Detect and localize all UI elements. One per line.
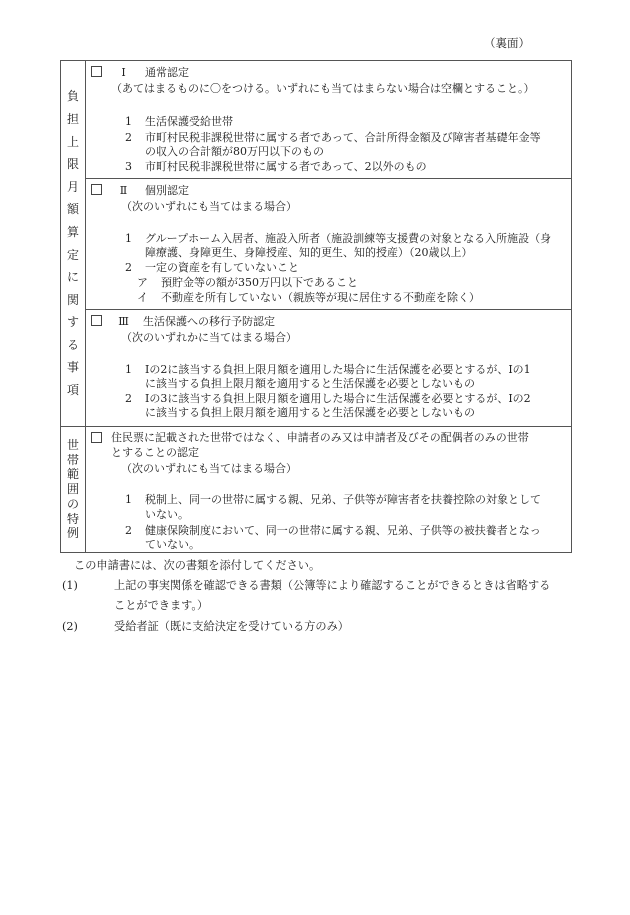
item-text: 一定の資産を有していないこと bbox=[145, 261, 299, 275]
item-text: ていない。 bbox=[145, 538, 200, 552]
attachment-number: (2) bbox=[62, 620, 78, 634]
label-char: 額 bbox=[67, 198, 79, 221]
application-form-table: 負 担 上 限 月 額 算 定 に 関 す る 事 項 Ⅰ 通常認定 bbox=[60, 60, 572, 553]
section-title: とすることの認定 bbox=[111, 446, 199, 460]
label-char: 定 bbox=[67, 244, 79, 267]
burden-limit-section: 負 担 上 限 月 額 算 定 に 関 す る 事 項 Ⅰ 通常認定 bbox=[61, 61, 571, 427]
burden-limit-section-label: 負 担 上 限 月 額 算 定 に 関 す る 事 項 bbox=[61, 61, 86, 426]
page-side-label: （裏面） bbox=[484, 36, 530, 50]
attachments-intro: この申請書には、次の書類を添付してください。 bbox=[74, 559, 320, 573]
item-number: 1 bbox=[125, 115, 132, 129]
label-char: る bbox=[67, 334, 79, 357]
household-exception-checkbox[interactable] bbox=[91, 432, 102, 443]
individual-certification-checkbox[interactable] bbox=[91, 184, 102, 195]
row-standard-certification: Ⅰ 通常認定 （あてはまるものに〇をつける。いずれにも当てはまらない場合は空欄と… bbox=[85, 61, 571, 179]
item-text: に該当する負担上限月額を適用すると生活保護を必要としないもの bbox=[145, 406, 475, 420]
label-char: 算 bbox=[67, 221, 79, 244]
label-char: 世 bbox=[67, 438, 79, 453]
item-text: いない。 bbox=[145, 508, 189, 522]
label-char: 関 bbox=[67, 289, 79, 312]
label-char: の bbox=[67, 497, 79, 512]
row-title: 通常認定 bbox=[145, 66, 189, 79]
label-char: 帯 bbox=[67, 453, 79, 468]
label-char: す bbox=[67, 311, 79, 334]
item-number: 2 bbox=[125, 392, 132, 406]
attachment-number: (1) bbox=[62, 579, 78, 593]
label-char: 例 bbox=[67, 526, 79, 541]
item-text: 市町村民税非課税世帯に属する者であって、2以外のもの bbox=[145, 160, 427, 174]
row-note: （次のいずれかに当てはまる場合） bbox=[121, 331, 297, 345]
item-text: 市町村民税非課税世帯に属する者であって、合計所得金額及び障害者基礎年金等 bbox=[145, 131, 541, 145]
attachment-text: 上記の事実関係を確認できる書類（公簿等により確認することができるときは省略する bbox=[114, 579, 550, 593]
item-text: 障療護、身障更生、身障授産、知的更生、知的授産）（20歳以上） bbox=[145, 246, 473, 260]
item-text: 生活保護受給世帯 bbox=[145, 115, 233, 129]
row-welfare-transition-prevention: Ⅲ 生活保護への移行予防認定 （次のいずれかに当てはまる場合） 1 Ⅰの2に該当… bbox=[85, 310, 571, 426]
label-char: 担 bbox=[67, 108, 79, 131]
item-text: 預貯金等の額が350万円以下であること bbox=[161, 276, 358, 290]
standard-certification-checkbox[interactable] bbox=[91, 66, 102, 77]
row-title: 個別認定 bbox=[145, 184, 189, 197]
item-number: 1 bbox=[125, 232, 132, 246]
item-text: Ⅰの3に該当する負担上限月額を適用した場合に生活保護を必要とするが、Ⅰの2 bbox=[145, 392, 531, 406]
row-title: 生活保護への移行予防認定 bbox=[143, 315, 275, 328]
item-text: に該当する負担上限月額を適用すると生活保護を必要としないもの bbox=[145, 377, 475, 391]
label-char: に bbox=[67, 266, 79, 289]
item-number: 1 bbox=[125, 493, 132, 507]
welfare-transition-checkbox[interactable] bbox=[91, 315, 102, 326]
label-char: 月 bbox=[67, 176, 79, 199]
label-char: 限 bbox=[67, 153, 79, 176]
label-char: 特 bbox=[67, 512, 79, 527]
row-numeral: Ⅲ bbox=[114, 315, 134, 329]
label-char: 上 bbox=[67, 131, 79, 154]
household-section-label: 世 帯 範 囲 の 特 例 bbox=[61, 426, 86, 553]
item-number: 1 bbox=[125, 363, 132, 377]
item-text: グループホーム入居者、施設入所者（施設訓練等支援費の対象となる入所施設（身 bbox=[145, 232, 551, 246]
household-scope-exception-section: 世 帯 範 囲 の 特 例 住民票に記載された世帯ではなく、申請者のみ又は申請者… bbox=[61, 426, 571, 553]
item-text: 健康保険制度において、同一の世帯に属する親、兄弟、子供等の被扶養者となっ bbox=[145, 524, 541, 538]
row-numeral: Ⅱ bbox=[114, 184, 134, 198]
attachment-text: ことができます。） bbox=[114, 599, 208, 613]
item-number: 2 bbox=[125, 524, 132, 538]
row-note: （あてはまるものに〇をつける。いずれにも当てはまらない場合は空欄とすること。） bbox=[111, 82, 535, 96]
label-char: 項 bbox=[67, 379, 79, 402]
item-number: イ bbox=[137, 291, 148, 305]
item-number: 2 bbox=[125, 131, 132, 145]
item-text: 不動産を所有していない（親族等が現に居住する不動産を除く） bbox=[161, 291, 480, 305]
row-numeral: Ⅰ bbox=[114, 66, 134, 80]
section-note: （次のいずれにも当てはまる場合） bbox=[121, 462, 297, 476]
label-char: 範 bbox=[67, 467, 79, 482]
row-individual-certification: Ⅱ 個別認定 （次のいずれにも当てはまる場合） 1 グループホーム入居者、施設入… bbox=[85, 179, 571, 310]
label-char: 事 bbox=[67, 356, 79, 379]
section-title: 住民票に記載された世帯ではなく、申請者のみ又は申請者及びその配偶者のみの世帯 bbox=[111, 431, 529, 445]
item-number: 2 bbox=[125, 261, 132, 275]
item-number: ア bbox=[137, 276, 148, 290]
attachment-text: 受給者証（既に支給決定を受けている方のみ） bbox=[114, 620, 349, 634]
item-text: Ⅰの2に該当する負担上限月額を適用した場合に生活保護を必要とするが、Ⅰの1 bbox=[145, 363, 531, 377]
row-note: （次のいずれにも当てはまる場合） bbox=[121, 200, 297, 214]
item-text: の収入の合計額が80万円以下のもの bbox=[145, 145, 324, 159]
item-number: 3 bbox=[125, 160, 132, 174]
item-text: 税制上、同一の世帯に属する親、兄弟、子供等が障害者を扶養控除の対象として bbox=[145, 493, 541, 507]
label-char: 囲 bbox=[67, 482, 79, 497]
label-char: 負 bbox=[67, 85, 79, 108]
